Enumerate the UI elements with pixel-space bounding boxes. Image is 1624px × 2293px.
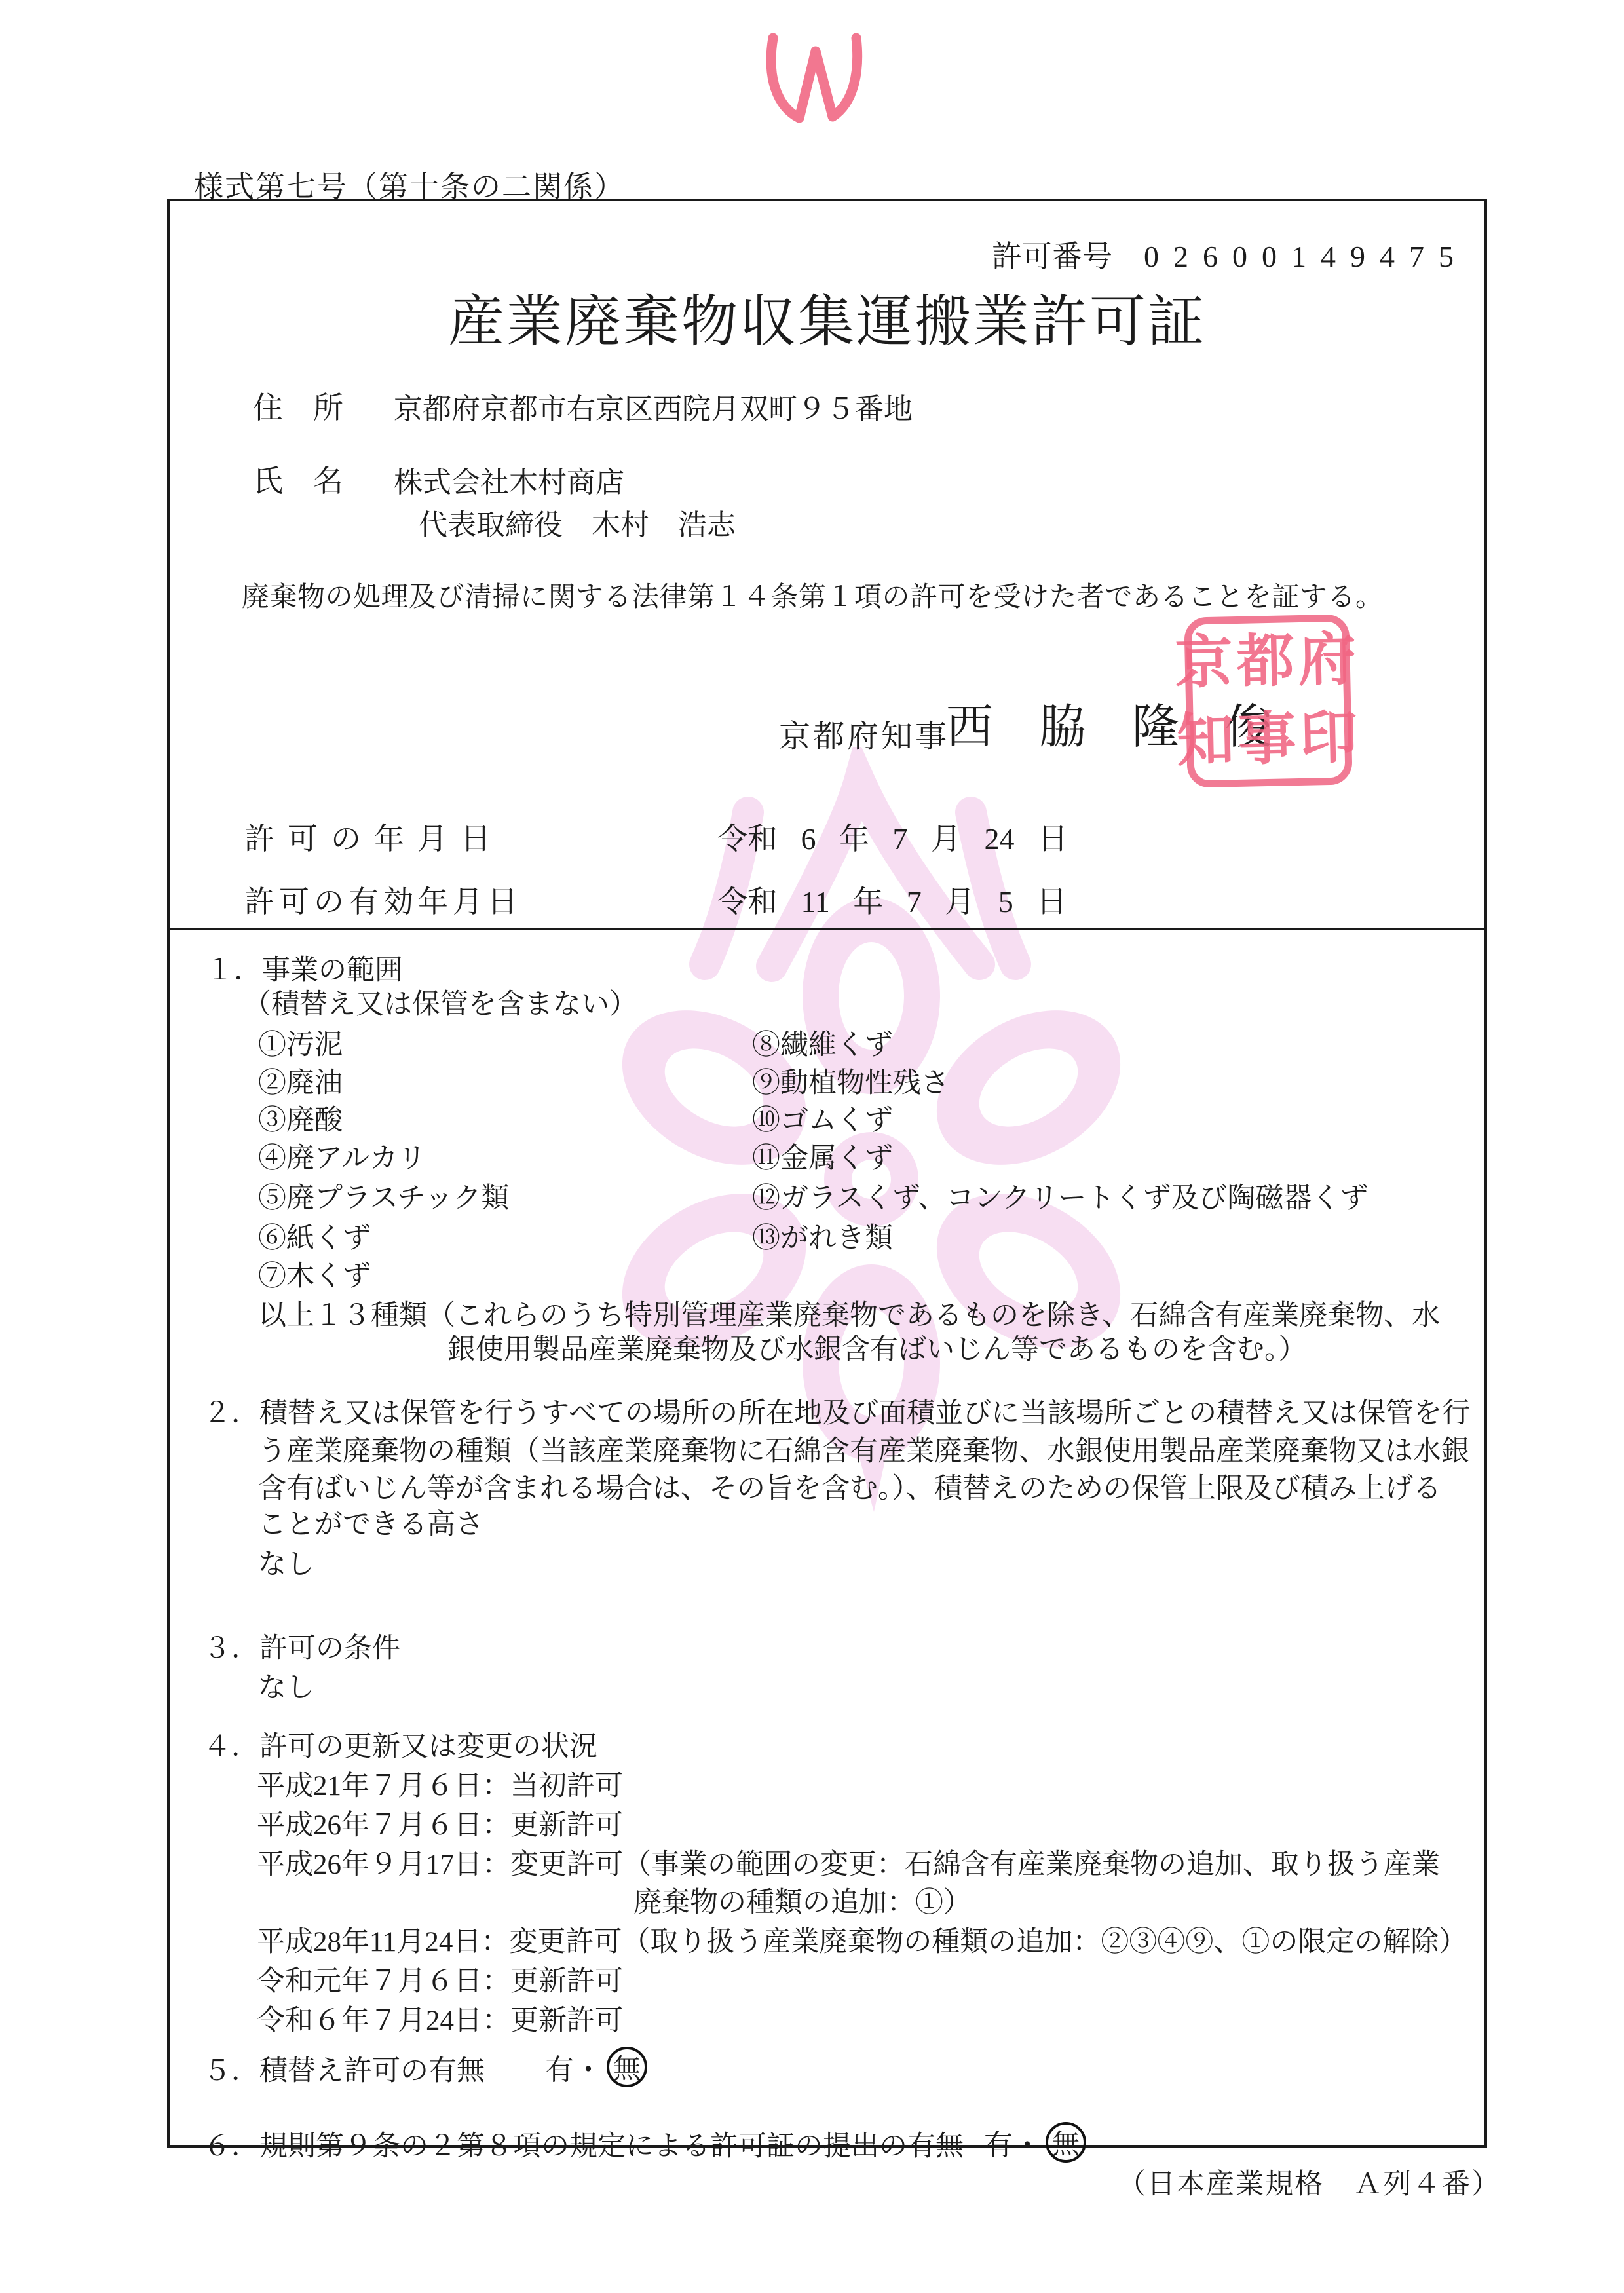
- waste-item-11: ⑪金属くず: [752, 1136, 893, 1176]
- waste-item-5: ⑤廃プラスチック類: [258, 1176, 510, 1216]
- document-title: 産業廃棄物収集運搬業許可証: [170, 276, 1484, 357]
- section3-heading: ３．許可の条件: [203, 1626, 400, 1666]
- waste-item-9: ⑨動植物性残さ: [752, 1061, 949, 1101]
- waste-item-13: ⑬がれき類: [752, 1216, 893, 1256]
- section3-value: なし: [258, 1665, 314, 1705]
- section5-options: 有・ 無: [545, 2046, 647, 2088]
- waste-item-6: ⑥紙くず: [258, 1216, 371, 1256]
- section6-option-no-circled: 無: [1046, 2122, 1086, 2163]
- section5-label: ５．積替え許可の有無: [203, 2049, 485, 2089]
- holder-name-label: 氏 名: [253, 457, 343, 501]
- section2-line4: ことができる高さ: [258, 1502, 483, 1542]
- seal-text-bottom: 知事印: [1176, 710, 1362, 771]
- section6-option-yes: 有・: [984, 2121, 1042, 2163]
- address-label: 住 所: [253, 384, 343, 427]
- permit-date-value: 令和 6 年 7 月 24 日: [717, 815, 1068, 858]
- valid-date-value: 令和 11 年 7 月 5 日: [717, 878, 1067, 921]
- governor-title: 京都府知事: [779, 711, 949, 756]
- section6-options: 有・ 無: [984, 2121, 1086, 2163]
- seal-text-top: 京都府: [1175, 632, 1361, 693]
- history-line-3: 平成26年９月17日：変更許可（事業の範囲の変更：石綿含有産業廃棄物の追加、取り…: [257, 1842, 1440, 1882]
- handwritten-w-stamp-icon: [760, 33, 871, 128]
- waste-item-10: ⑩ゴムくず: [752, 1098, 893, 1138]
- waste-item-1: ①汚泥: [258, 1023, 343, 1063]
- waste-item-7: ⑦木くず: [258, 1254, 371, 1294]
- waste-item-2: ②廃油: [258, 1061, 343, 1101]
- governor-seal: 京都府 知事印: [1184, 614, 1352, 787]
- waste-item-8: ⑧繊維くず: [752, 1023, 893, 1063]
- history-line-4: 平成28年11月24日：変更許可（取り扱う産業廃棄物の種類の追加：②③④⑨、①の…: [257, 1920, 1467, 1960]
- section2-value: なし: [258, 1542, 314, 1582]
- waste-item-3: ③廃酸: [258, 1098, 343, 1138]
- section-divider-line: [167, 928, 1487, 930]
- section4-heading: ４．許可の更新又は変更の状況: [203, 1724, 597, 1764]
- valid-date-label: 許可の有効年月日: [244, 878, 522, 921]
- permit-number-label: 許可番号: [992, 240, 1112, 273]
- history-line-1: 平成21年７月６日：当初許可: [257, 1764, 623, 1804]
- waste-item-12: ⑫ガラスくず、コンクリートくず及び陶磁器くず: [752, 1176, 1368, 1216]
- document-border-box: 許可番号02600149475 産業廃棄物収集運搬業許可証 住 所 京都府京都市…: [167, 199, 1487, 2148]
- certification-statement: 廃棄物の処理及び清掃に関する法律第１４条第１項の許可を受けた者であることを証する…: [242, 575, 1384, 615]
- permit-number-row: 許可番号02600149475: [992, 233, 1468, 276]
- section6-label: ６．規則第９条の２第８項の規定による許可証の提出の有無: [203, 2124, 964, 2164]
- permit-number-value: 02600149475: [1144, 240, 1468, 273]
- section2-line1: ２．積替え又は保管を行うすべての場所の所在地及び面積並びに当該場所ごとの積替え又…: [203, 1391, 1470, 1431]
- section5-option-yes: 有・: [545, 2046, 603, 2088]
- history-line-3-continued: 廃棄物の種類の追加：①）: [633, 1880, 972, 1920]
- history-line-2: 平成26年７月６日：更新許可: [257, 1803, 623, 1843]
- section1-note-line2: 銀使用製品産業廃棄物及び水銀含有ばいじん等であるものを含む。）: [447, 1327, 1307, 1367]
- section2-line3: 含有ばいじん等が含まれる場合は、その旨を含む。）、積替えのための保管上限及び積み…: [258, 1466, 1441, 1506]
- paper-size-note: （日本産業規格 Ａ列４番）: [1118, 2162, 1501, 2202]
- history-line-5: 令和元年７月６日：更新許可: [257, 1959, 623, 1999]
- representative-line: 代表取締役 木村 浩志: [419, 501, 736, 543]
- waste-item-4: ④廃アルカリ: [258, 1136, 426, 1176]
- permit-date-label: 許可の年月日: [244, 815, 504, 858]
- history-line-6: 令和６年７月24日：更新許可: [257, 1998, 623, 2038]
- address-value: 京都府京都市右京区西院月双町９５番地: [394, 385, 913, 427]
- section1-subnote: （積替え又は保管を含まない）: [243, 982, 637, 1022]
- scanned-permit-document: 様式第七号（第十条の二関係） 許可番号02600149475 産業廃棄物収集運搬…: [0, 0, 1624, 2293]
- holder-name-value: 株式会社木村商店: [394, 459, 624, 501]
- section2-line2: う産業廃棄物の種類（当該産業廃棄物に石綿含有産業廃棄物、水銀使用製品産業廃棄物又…: [258, 1429, 1469, 1469]
- section5-option-no-circled: 無: [607, 2047, 647, 2087]
